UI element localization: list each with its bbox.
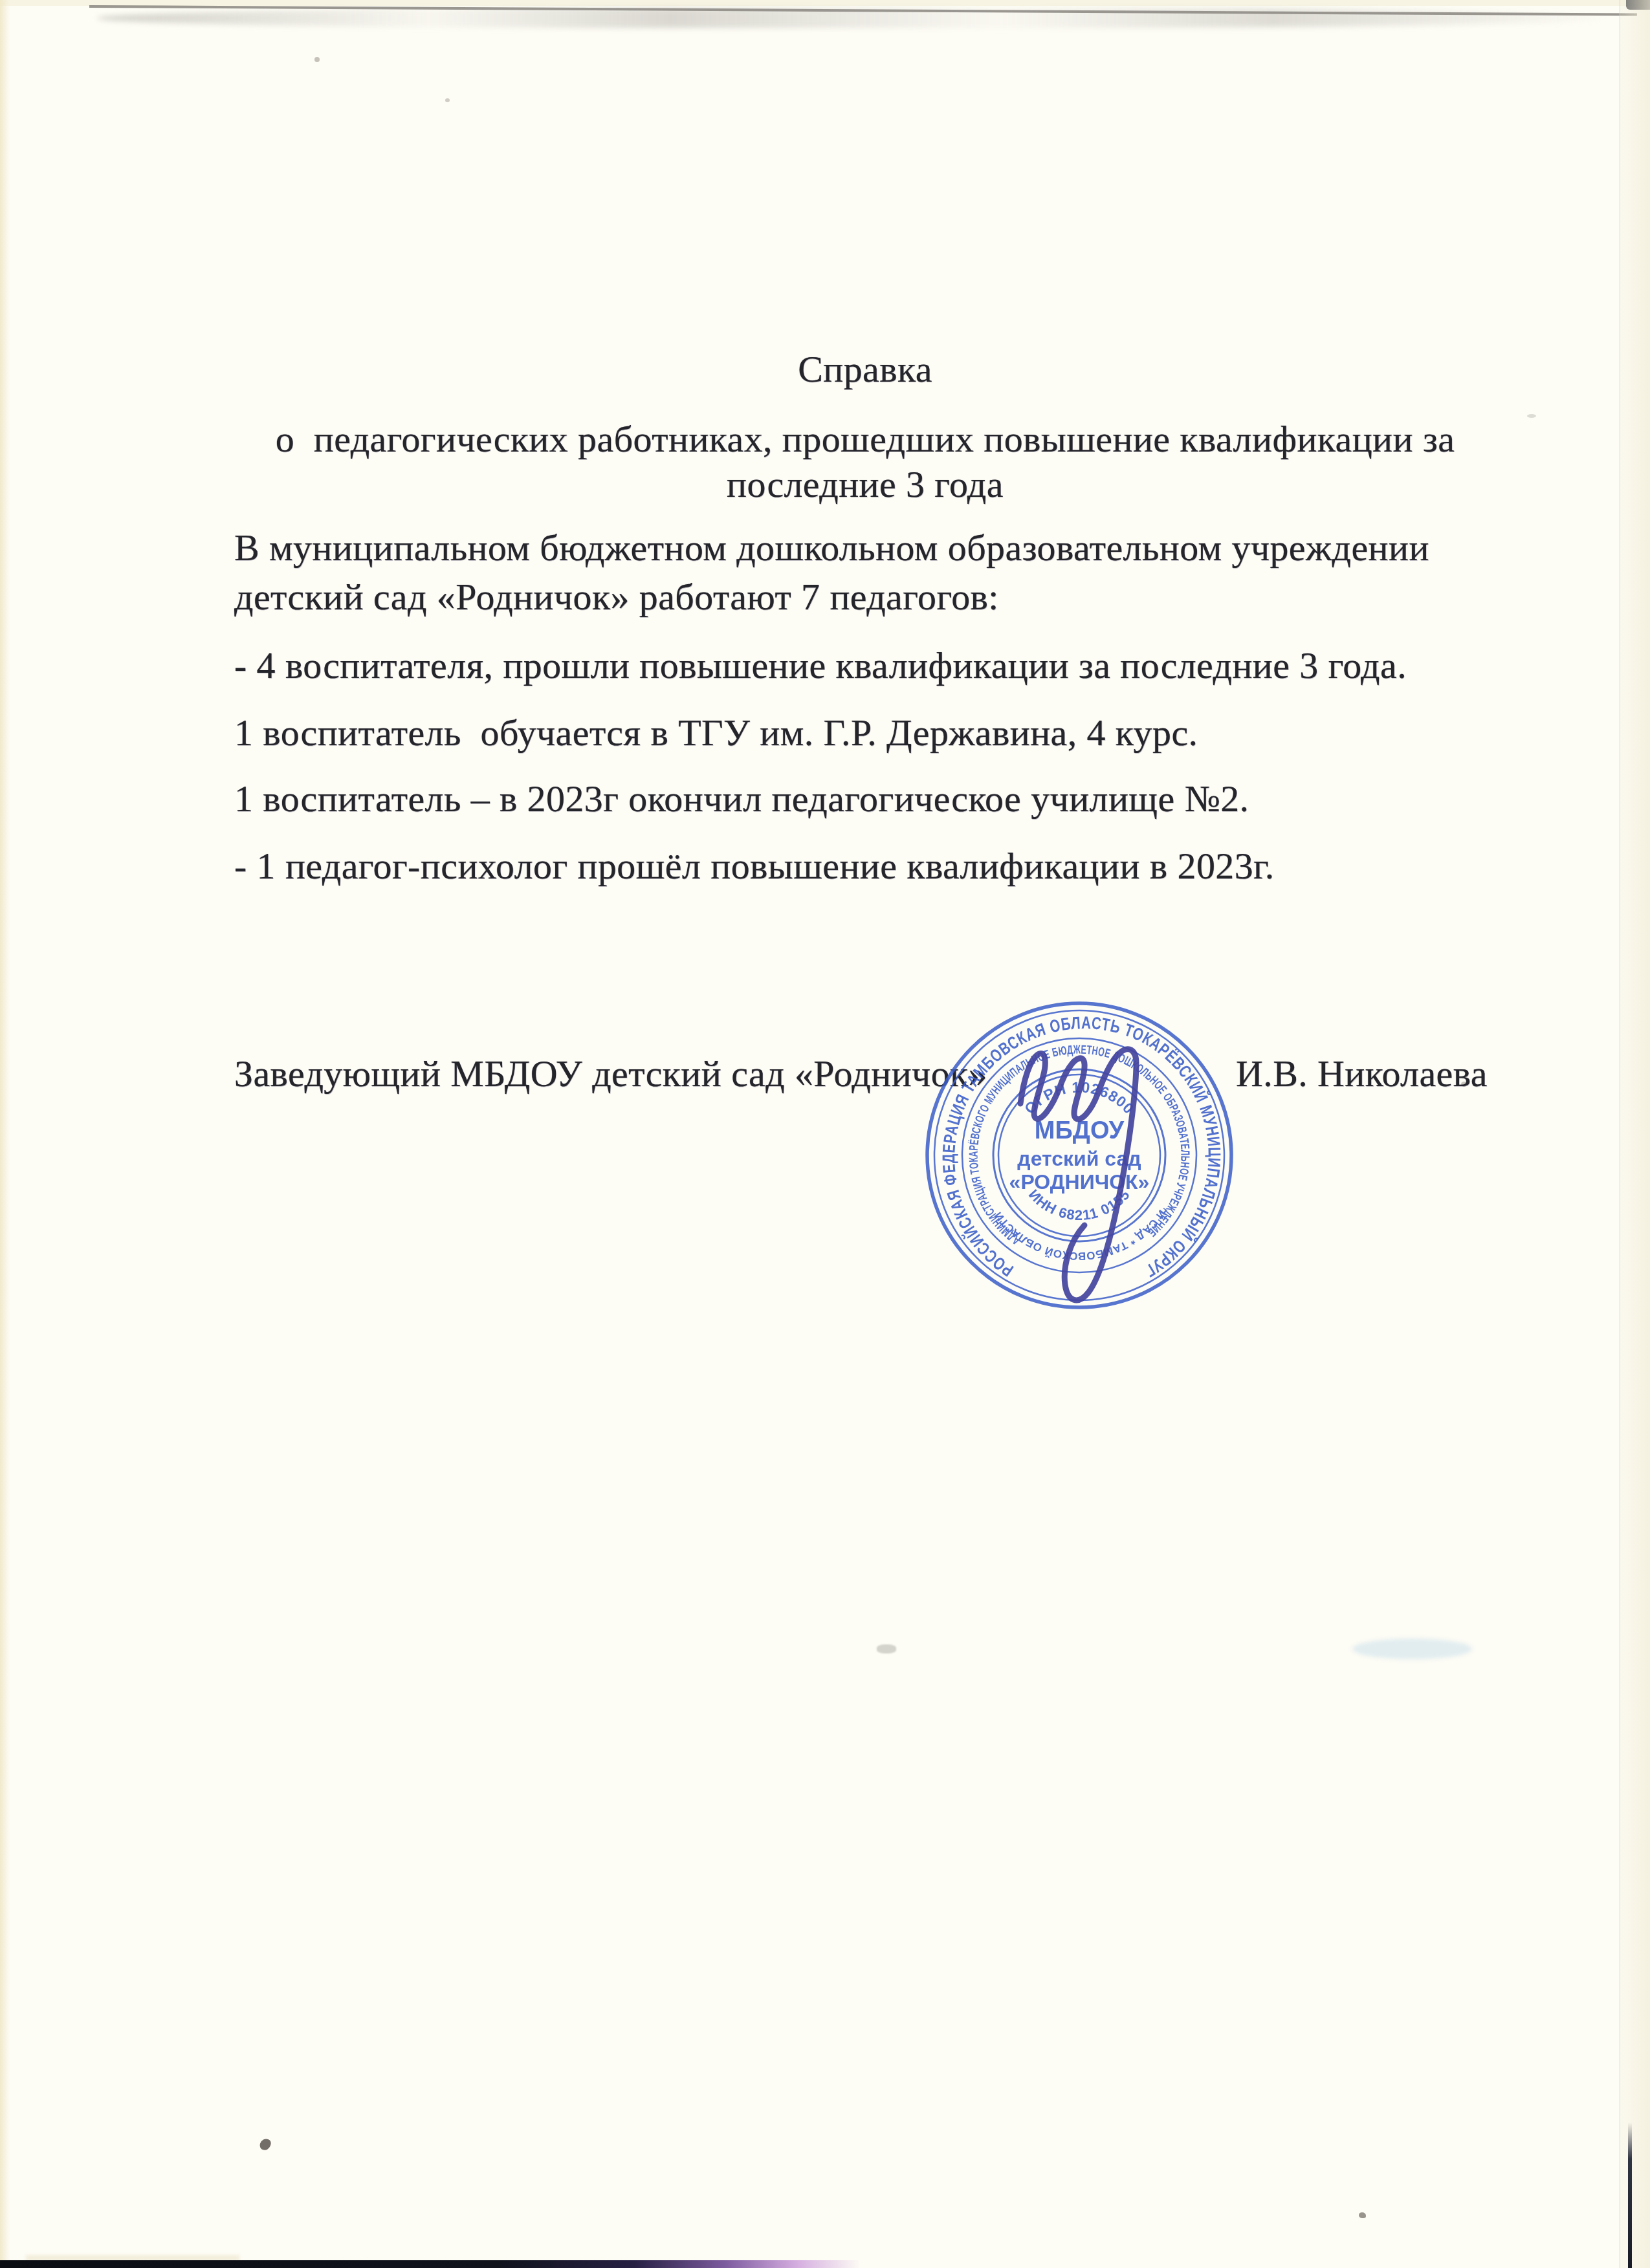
subtitle-line: о педагогических работниках, прошедших п… xyxy=(239,417,1491,462)
scan-right-edge xyxy=(1620,0,1650,2268)
stamp-center-line3: «РОДНИЧОК» xyxy=(1009,1170,1150,1194)
scan-speck xyxy=(258,2137,272,2152)
document-title-block: Справка xyxy=(239,347,1491,392)
signature-name: И.В. Николаева xyxy=(1236,1055,1488,1093)
document-subtitle-block: о педагогических работниках, прошедших п… xyxy=(239,417,1491,507)
stamp-text: РОССИЙСКАЯ ФЕДЕРАЦИЯ ТАМБОВСКАЯ ОБЛАСТЬ … xyxy=(899,980,1224,1281)
scan-right-dark-line xyxy=(1628,2122,1632,2268)
scan-bottom-smear xyxy=(26,2255,239,2261)
page-title: Справка xyxy=(239,347,1491,392)
official-stamp: РОССИЙСКАЯ ФЕДЕРАЦИЯ ТАМБОВСКАЯ ОБЛАСТЬ … xyxy=(899,980,1262,1342)
scan-top-edge xyxy=(0,0,1650,6)
scan-top-smudge xyxy=(97,8,1605,28)
subtitle-line: последние 3 года xyxy=(239,462,1491,507)
scan-speck xyxy=(314,57,320,62)
body-line: - 4 воспитателя, прошли повышение квалиф… xyxy=(234,647,1407,684)
body-line: детский сад «Родничок» работают 7 педаго… xyxy=(234,578,999,616)
body-line: В муниципальном бюджетном дошкольном обр… xyxy=(234,529,1429,567)
scan-left-edge xyxy=(0,0,10,2268)
scan-corner-mark xyxy=(1626,0,1650,10)
scan-speck xyxy=(445,98,450,102)
scan-speck xyxy=(877,1644,896,1653)
scan-top-line xyxy=(89,5,1637,16)
body-line: 1 воспитатель обучается в ТГУ им. Г.Р. Д… xyxy=(234,714,1198,752)
scan-blue-smudge xyxy=(1352,1639,1472,1659)
scan-speck xyxy=(1359,2212,1366,2218)
body-line: 1 воспитатель – в 2023г окончил педагоги… xyxy=(234,780,1249,818)
scanned-document-page: Справка о педагогических работниках, про… xyxy=(0,0,1650,2268)
scan-speck xyxy=(1527,414,1536,418)
signature-position-label: Заведующий МБДОУ детский сад «Родничок» xyxy=(234,1055,987,1093)
body-line: - 1 педагог-психолог прошёл повышение кв… xyxy=(234,847,1275,885)
scan-bottom-band xyxy=(0,2260,906,2268)
